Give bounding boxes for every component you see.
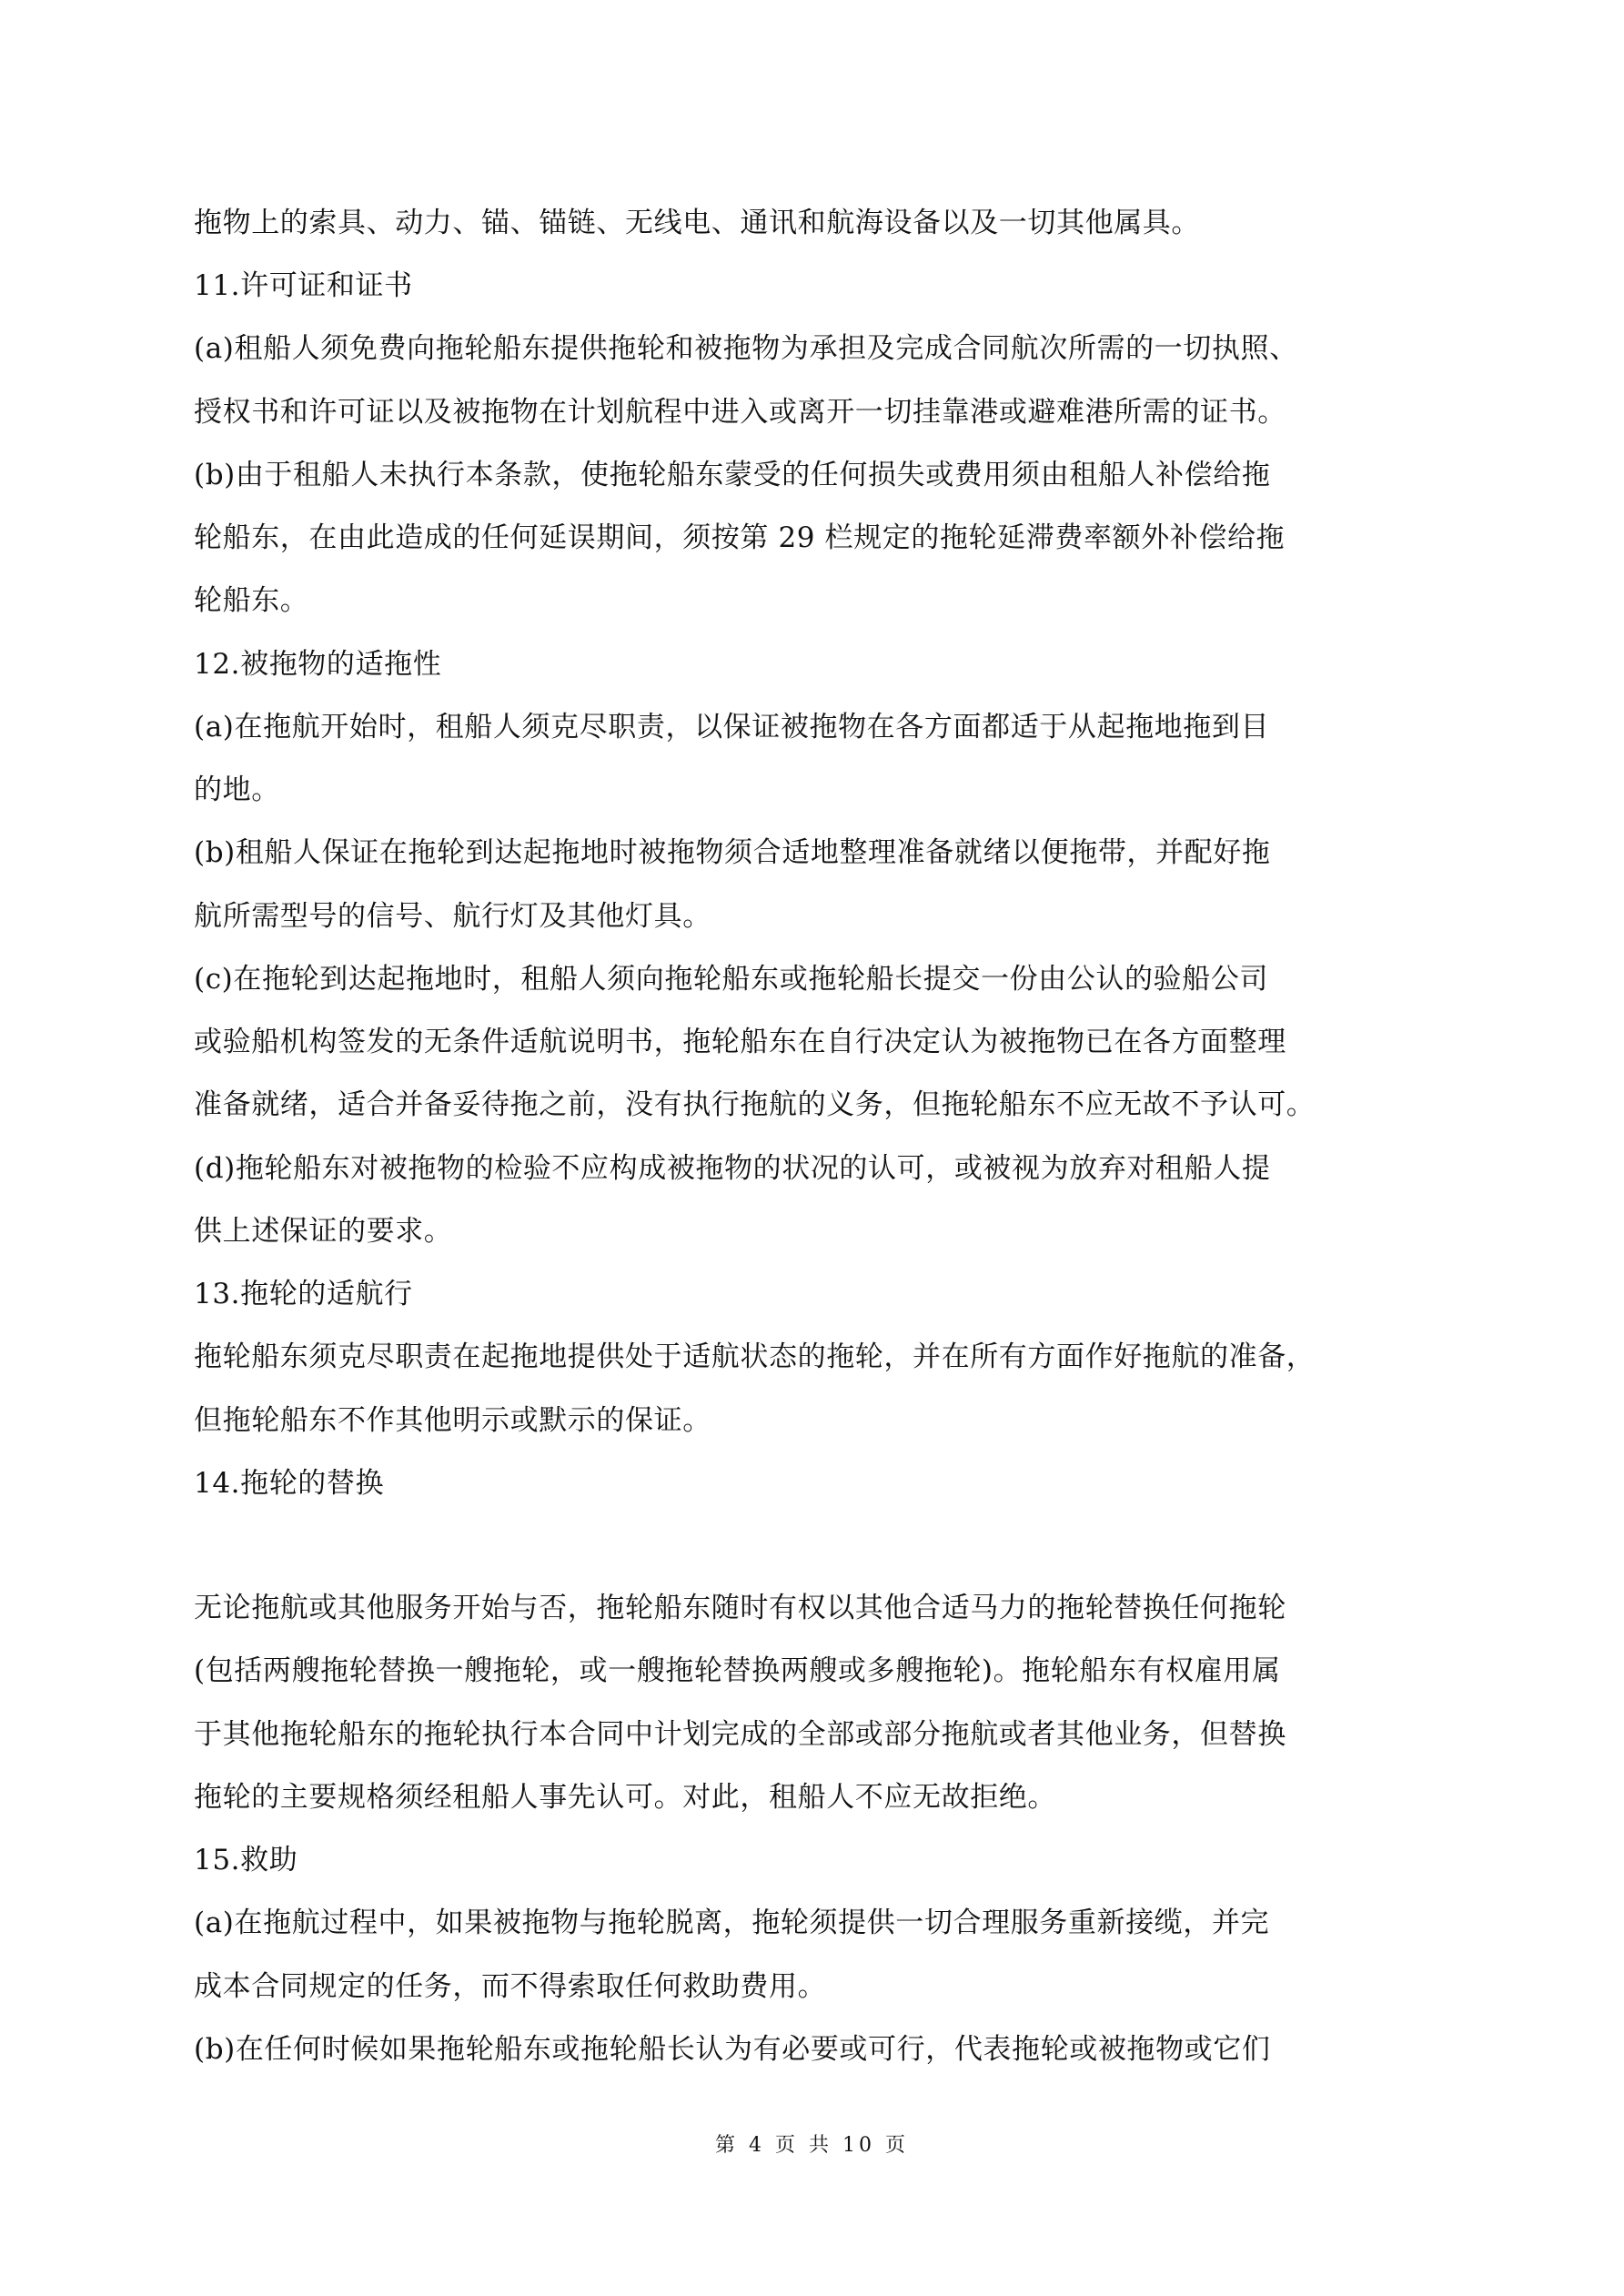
section-heading-14: 14.拖轮的替换 <box>194 1465 1440 1502</box>
text-line: 拖轮船东须克尽职责在起拖地提供处于适航状态的拖轮，并在所有方面作好拖航的准备， <box>194 1339 1440 1375</box>
text-line: (b)租船人保证在拖轮到达起拖地时被拖物须合适地整理准备就绪以便拖带，并配好拖 <box>194 834 1440 871</box>
text-line: (a)在拖航开始时，租船人须克尽职责，以保证被拖物在各方面都适于从起拖地拖到目 <box>194 709 1440 745</box>
document-page: 拖物上的索具、动力、锚、锚链、无线电、通讯和航海设备以及一切其他属具。 11.许… <box>0 0 1624 2296</box>
text-line: (c)在拖轮到达起拖地时，租船人须向拖轮船东或拖轮船长提交一份由公认的验船公司 <box>194 961 1440 997</box>
section-heading-15: 15.救助 <box>194 1842 1440 1878</box>
section-heading-11: 11.许可证和证书 <box>194 268 1440 304</box>
text-line: 无论拖航或其他服务开始与否，拖轮船东随时有权以其他合适马力的拖轮替换任何拖轮 <box>194 1590 1440 1626</box>
text-line: (d)拖轮船东对被拖物的检验不应构成被拖物的状况的认可，或被视为放弃对租船人提 <box>194 1150 1440 1187</box>
text-line: 于其他拖轮船东的拖轮执行本合同中计划完成的全部或部分拖航或者其他业务，但替换 <box>194 1716 1440 1753</box>
text-line: 供上述保证的要求。 <box>194 1213 1440 1249</box>
page-number-footer: 第 4 页 共 10 页 <box>0 2131 1624 2160</box>
text-line: (a)租船人须免费向拖轮船东提供拖轮和被拖物为承担及完成合同航次所需的一切执照、 <box>194 330 1440 367</box>
text-line: 轮船东，在由此造成的任何延误期间，须按第 29 栏规定的拖轮延滞费率额外补偿给拖 <box>194 520 1440 556</box>
text-line: 拖物上的索具、动力、锚、锚链、无线电、通讯和航海设备以及一切其他属具。 <box>194 205 1440 241</box>
text-line: (包括两艘拖轮替换一艘拖轮，或一艘拖轮替换两艘或多艘拖轮)。拖轮船东有权雇用属 <box>194 1653 1440 1689</box>
text-line: 的地。 <box>194 772 1440 808</box>
text-line: 但拖轮船东不作其他明示或默示的保证。 <box>194 1402 1440 1439</box>
text-line: 授权书和许可证以及被拖物在计划航程中进入或离开一切挂靠港或避难港所需的证书。 <box>194 394 1440 430</box>
text-line: 轮船东。 <box>194 582 1440 619</box>
text-line: (b)在任何时候如果拖轮船东或拖轮船长认为有必要或可行，代表拖轮或被拖物或它们 <box>194 2031 1440 2068</box>
text-line: (a)在拖航过程中，如果被拖物与拖轮脱离，拖轮须提供一切合理服务重新接缆，并完 <box>194 1905 1440 1941</box>
text-line: 拖轮的主要规格须经租船人事先认可。对此，租船人不应无故拒绝。 <box>194 1779 1440 1816</box>
section-heading-12: 12.被拖物的适拖性 <box>194 646 1440 683</box>
section-heading-13: 13.拖轮的适航行 <box>194 1276 1440 1312</box>
text-line: (b)由于租船人未执行本条款，使拖轮船东蒙受的任何损失或费用须由租船人补偿给拖 <box>194 457 1440 493</box>
text-line: 成本合同规定的任务，而不得索取任何救助费用。 <box>194 1968 1440 2005</box>
text-line: 准备就绪，适合并备妥待拖之前，没有执行拖航的义务，但拖轮船东不应无故不予认可。 <box>194 1087 1440 1123</box>
text-line: 航所需型号的信号、航行灯及其他灯具。 <box>194 898 1440 935</box>
text-line: 或验船机构签发的无条件适航说明书，拖轮船东在自行决定认为被拖物已在各方面整理 <box>194 1024 1440 1060</box>
